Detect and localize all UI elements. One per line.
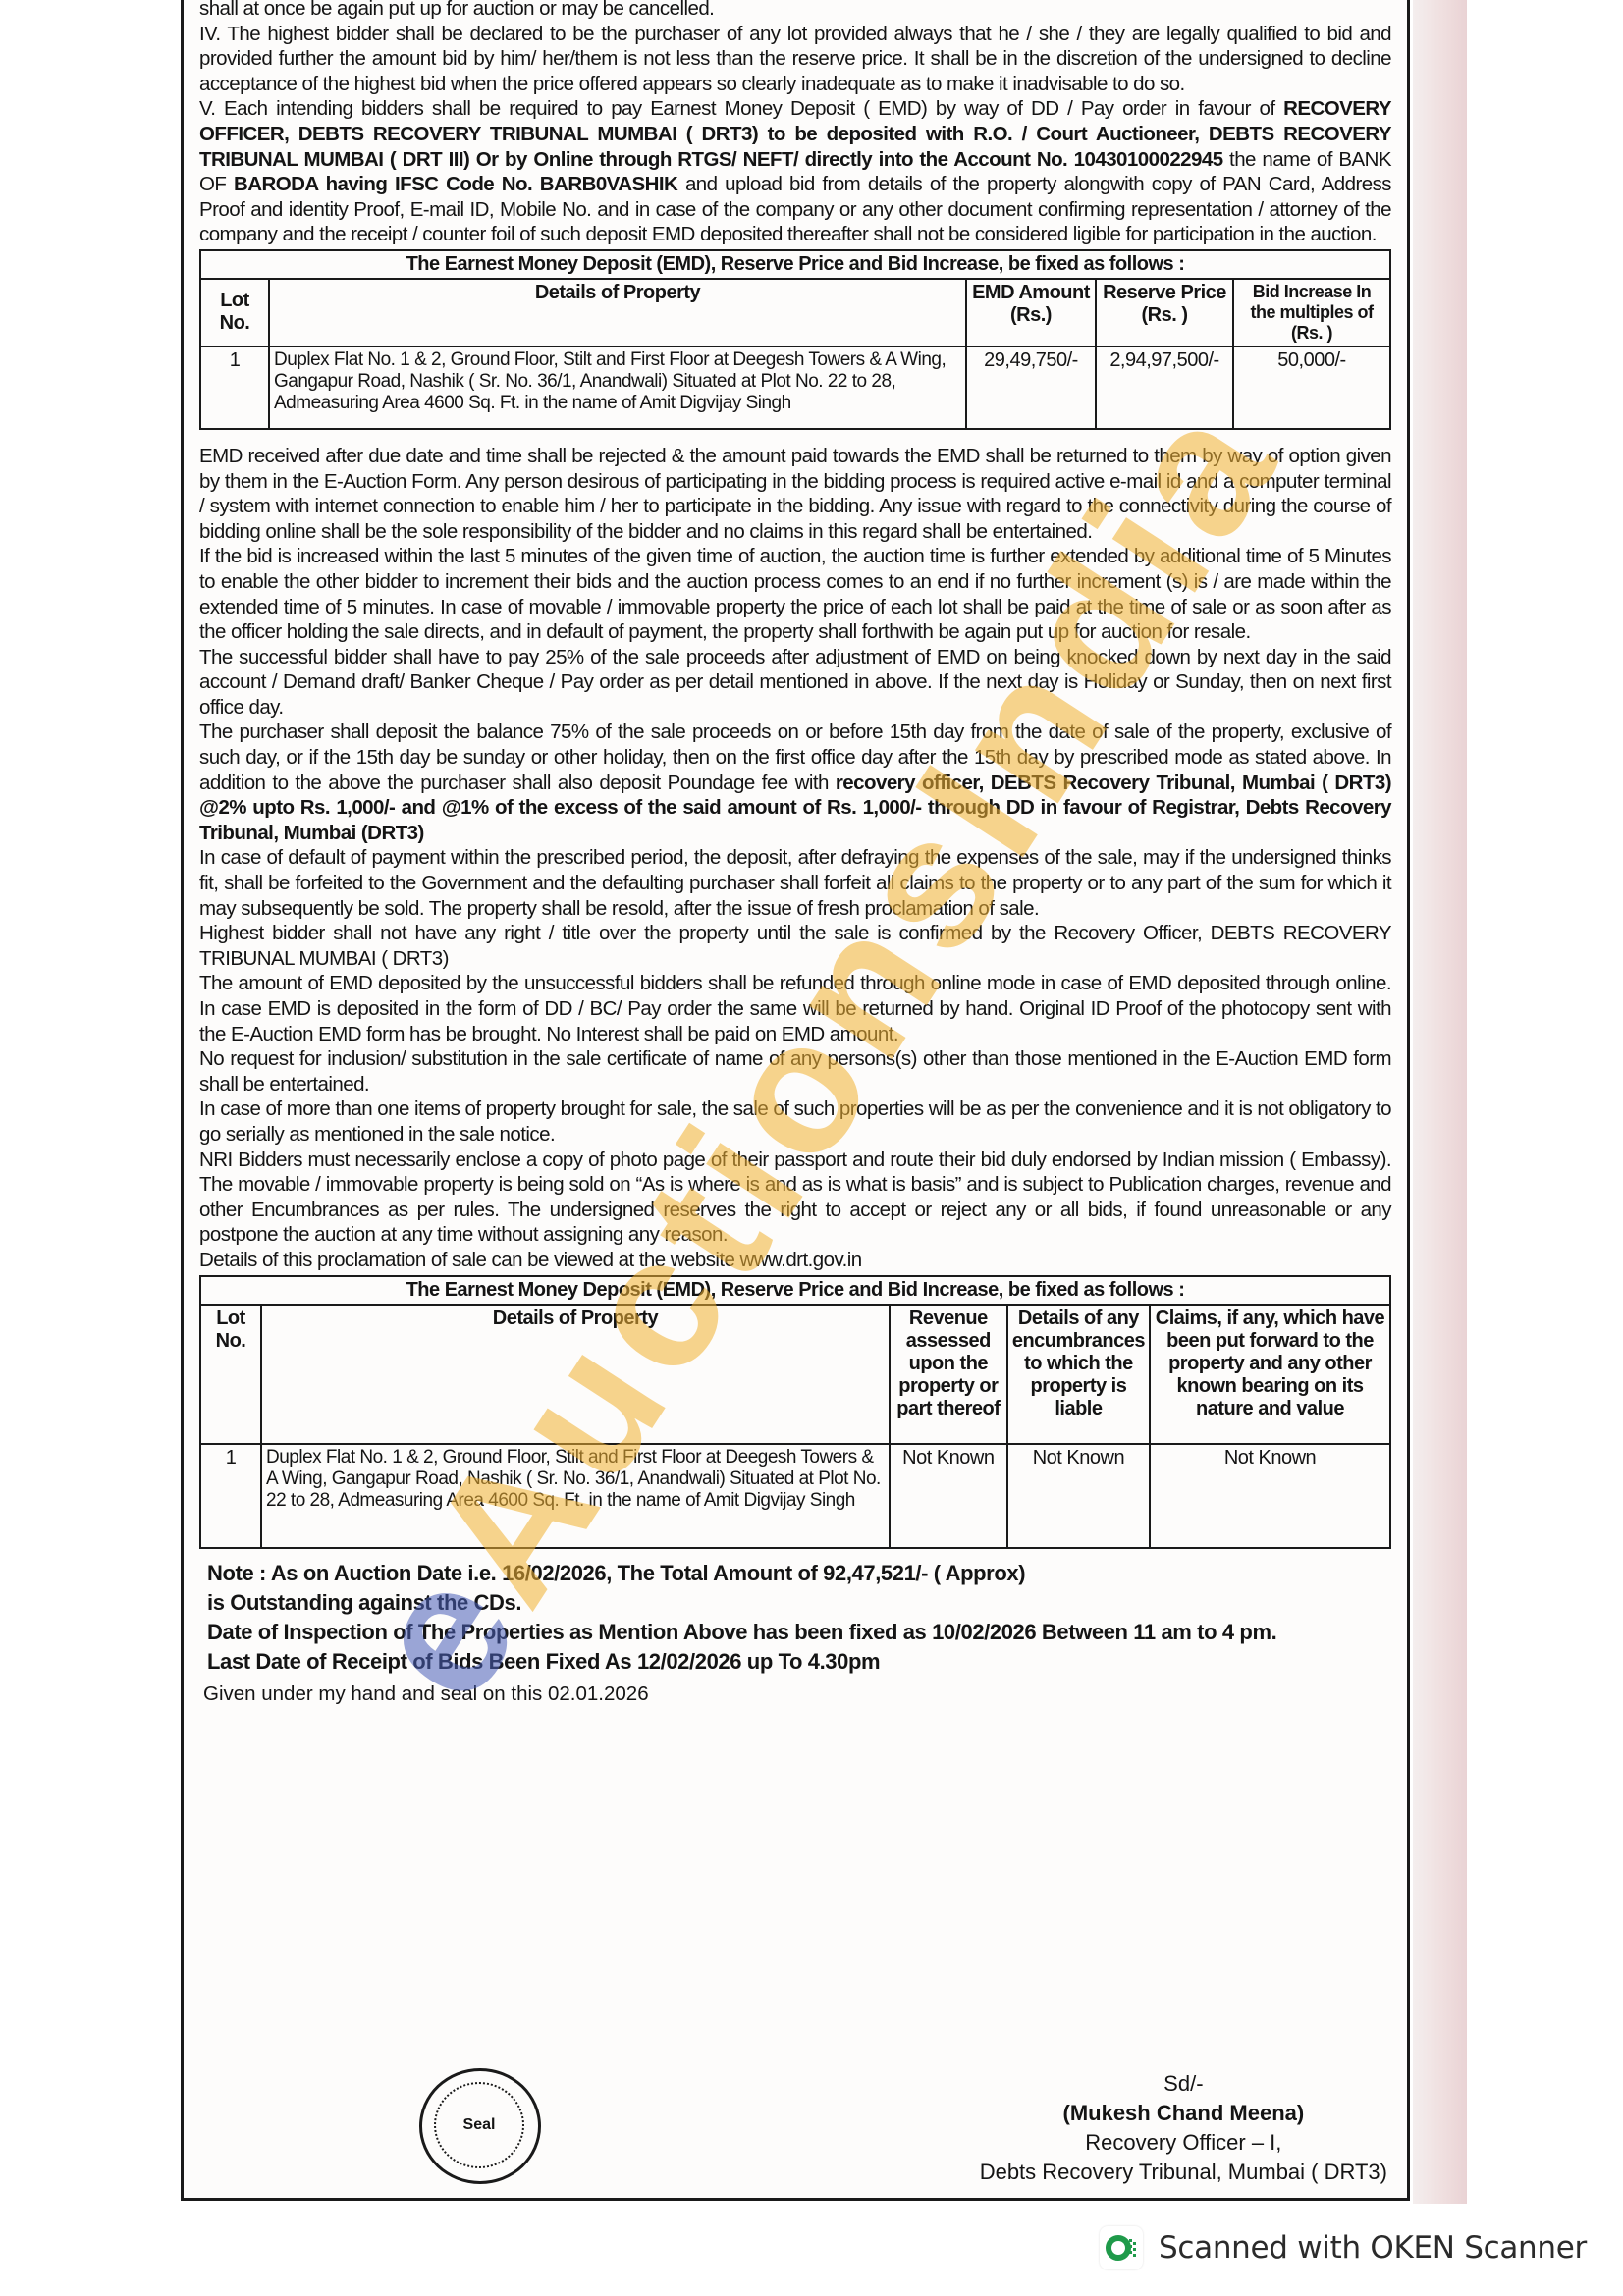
table2-caption: The Earnest Money Deposit (EMD), Reserve… bbox=[200, 1276, 1390, 1305]
signatory-designation: Recovery Officer – I, bbox=[980, 2128, 1387, 2158]
paragraph-emd-late: EMD received after due date and time sha… bbox=[199, 444, 1391, 544]
paragraph-auction-extension: If the bid is increased within the last … bbox=[199, 544, 1391, 644]
note-last-bid-date: Last Date of Receipt of Bids Been Fixed … bbox=[207, 1647, 1391, 1677]
table-row: 1 Duplex Flat No. 1 & 2, Ground Floor, S… bbox=[200, 347, 1390, 429]
table1-header-emd: EMD Amount (Rs.) bbox=[966, 279, 1096, 347]
table2-header-details: Details of Property bbox=[261, 1305, 890, 1444]
table2-header-claims: Claims, if any, which have been put forw… bbox=[1150, 1305, 1390, 1444]
table-row: 1 Duplex Flat No. 1 & 2, Ground Floor, S… bbox=[200, 1444, 1390, 1548]
table1-bid-increase: 50,000/- bbox=[1233, 347, 1390, 429]
notice-content: shall at once be again put up for auctio… bbox=[199, 0, 1391, 1706]
table2-property-details: Duplex Flat No. 1 & 2, Ground Floor, Sti… bbox=[261, 1444, 890, 1548]
signatory-name: (Mukesh Chand Meena) bbox=[980, 2099, 1387, 2128]
table1-reserve-price: 2,94,97,500/- bbox=[1096, 347, 1233, 429]
note-outstanding-amount: Note : As on Auction Date i.e. 16/02/202… bbox=[207, 1559, 1391, 1588]
table1-property-details: Duplex Flat No. 1 & 2, Ground Floor, Sti… bbox=[269, 347, 966, 429]
table1-header-reserve: Reserve Price (Rs. ) bbox=[1096, 279, 1233, 347]
table2-header-revenue: Revenue assessed upon the property or pa… bbox=[890, 1305, 1007, 1444]
oken-scanner-logo-icon bbox=[1100, 2226, 1143, 2269]
website-details-text: Details of this proclamation of sale can… bbox=[199, 1249, 862, 1271]
scanner-footer: Scanned with OKEN Scanner bbox=[1100, 2226, 1587, 2269]
signature-sd: Sd/- bbox=[980, 2069, 1387, 2099]
paragraph-cancelled: shall at once be again put up for auctio… bbox=[199, 0, 1391, 22]
table1-caption: The Earnest Money Deposit (EMD), Reserve… bbox=[200, 250, 1390, 279]
property-details-table: The Earnest Money Deposit (EMD), Reserve… bbox=[199, 1275, 1391, 1549]
paragraph-multiple-items: In case of more than one items of proper… bbox=[199, 1096, 1391, 1147]
paragraph-nri-bidders: NRI Bidders must necessarily enclose a c… bbox=[199, 1148, 1391, 1248]
scanner-footer-text: Scanned with OKEN Scanner bbox=[1159, 2230, 1587, 2266]
paragraph-emd-payment: V. Each intending bidders shall be requi… bbox=[199, 96, 1391, 247]
table2-claims: Not Known bbox=[1150, 1444, 1390, 1548]
table2-header-lot: Lot No. bbox=[200, 1305, 261, 1444]
table1-header-lot: Lot No. bbox=[200, 279, 269, 347]
note-outstanding-against: is Outstanding against the CDs. bbox=[207, 1588, 1391, 1618]
table2-lot-no: 1 bbox=[200, 1444, 261, 1548]
paragraph-successful-bidder: The successful bidder shall have to pay … bbox=[199, 645, 1391, 721]
scan-edge-strip bbox=[1413, 0, 1467, 2204]
paragraph-default-payment: In case of default of payment within the… bbox=[199, 845, 1391, 921]
official-seal-icon: Seal bbox=[419, 2068, 541, 2184]
table1-header-bid-increase: Bid Increase In the multiples of (Rs. ) bbox=[1233, 279, 1390, 347]
signatory-office: Debts Recovery Tribunal, Mumbai ( DRT3) bbox=[980, 2158, 1387, 2187]
table1-emd-amount: 29,49,750/- bbox=[966, 347, 1096, 429]
auction-notice-page: shall at once be again put up for auctio… bbox=[181, 0, 1410, 2201]
paragraph-emd-refund: The amount of EMD deposited by the unsuc… bbox=[199, 971, 1391, 1046]
paragraph-no-substitution: No request for inclusion/ substitution i… bbox=[199, 1046, 1391, 1096]
paragraph-purchaser-balance: The purchaser shall deposit the balance … bbox=[199, 720, 1391, 845]
seal-label: Seal bbox=[434, 2082, 524, 2168]
notes-block: Note : As on Auction Date i.e. 16/02/202… bbox=[199, 1559, 1391, 1677]
given-under-hand-line: Given under my hand and seal on this 02.… bbox=[199, 1682, 1391, 1706]
signature-block: Sd/- (Mukesh Chand Meena) Recovery Offic… bbox=[980, 2069, 1387, 2187]
paragraph-highest-bidder-title: Highest bidder shall not have any right … bbox=[199, 921, 1391, 971]
table2-header-encumbrances: Details of any encumbrances to which the… bbox=[1007, 1305, 1150, 1444]
paragraph-website-details: Details of this proclamation of sale can… bbox=[199, 1248, 1391, 1273]
table2-revenue-assessed: Not Known bbox=[890, 1444, 1007, 1548]
table1-header-details: Details of Property bbox=[269, 279, 966, 347]
note-inspection-date: Date of Inspection of The Properties as … bbox=[207, 1618, 1391, 1647]
paragraph-highest-bidder: IV. The highest bidder shall be declared… bbox=[199, 22, 1391, 97]
emd-reserve-price-table: The Earnest Money Deposit (EMD), Reserve… bbox=[199, 249, 1391, 430]
table2-encumbrances: Not Known bbox=[1007, 1444, 1150, 1548]
table1-lot-no: 1 bbox=[200, 347, 269, 429]
